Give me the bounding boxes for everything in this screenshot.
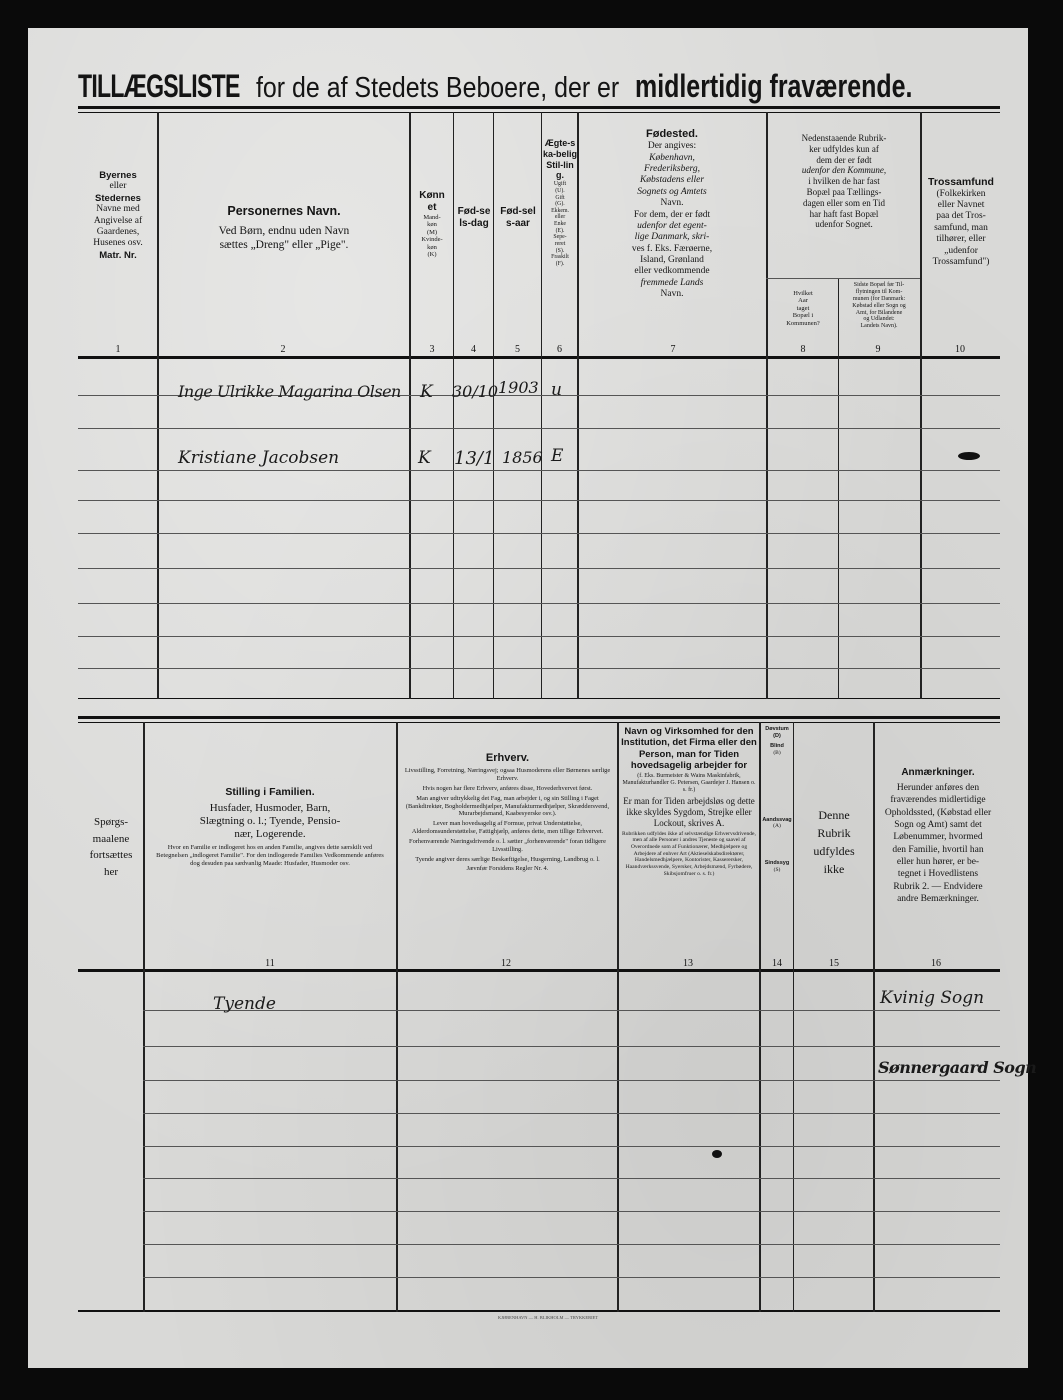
header-title: Kønnet — [417, 190, 447, 214]
header-line: Enke — [554, 221, 566, 227]
column-number: 10 — [940, 344, 980, 355]
entry-birth-day: 30/10 — [452, 382, 498, 401]
header-line: (F). — [556, 261, 565, 267]
title-end: midlertidig fraværende. — [635, 68, 912, 105]
col-divider — [396, 722, 398, 1312]
header-line: Kvinde- — [411, 236, 453, 243]
header-line: Stedernes — [80, 193, 156, 204]
header-line: Rubrikken udfyldes ikke af selvstændige … — [620, 831, 758, 878]
header-line: Herunder anføres den — [876, 782, 1000, 794]
row-line — [78, 500, 1000, 501]
header-line: udenfor den Kommune, — [768, 165, 920, 176]
col-divider — [493, 112, 494, 699]
row-line — [78, 668, 1000, 669]
row-line — [143, 1080, 1000, 1081]
header-line: nær, Logerende. — [146, 828, 394, 841]
header-line: Matr. Nr. — [80, 250, 156, 261]
header-line: taget — [768, 305, 838, 312]
header-line: Landets Navn). — [839, 323, 919, 330]
header-col-12: Erhverv. Livsstilling, Forretning, Nærin… — [400, 752, 615, 873]
printer-imprint: KJØBENHAVN — H. BLIKHOLM — TRYKKERIET — [458, 1315, 638, 1320]
header-line: Amt, for Bilandene — [839, 310, 919, 317]
header-line: Jævnfør Forsidens Regler Nr. 4. — [400, 865, 615, 873]
row-line — [78, 533, 1000, 534]
header-line: eller Navnet — [922, 200, 1000, 211]
bottom-table-top-rule — [78, 716, 1000, 719]
entry-birth-year: 1903 — [498, 378, 539, 397]
header-line: Mand- — [411, 214, 453, 221]
header-line: Købstad eller Sogn og — [839, 303, 919, 310]
col-divider — [541, 112, 542, 699]
header-col-9: Sidste Bopæl før Til- flytningen til Kom… — [839, 282, 919, 330]
header-title: Fødested. — [579, 128, 765, 141]
header-line: Er man for Tiden arbejdsløs og dette ikk… — [620, 796, 758, 828]
entry-sex: K — [420, 382, 433, 402]
row-line — [143, 1244, 1000, 1245]
header-title: Anmærkninger. — [876, 766, 1000, 779]
header-line: ker udfyldes kun af — [768, 144, 920, 155]
header-line: For dem, der er født — [579, 210, 765, 221]
column-number: 3 — [411, 344, 453, 355]
header-line: Rubrik — [795, 824, 873, 842]
col-divider — [617, 722, 619, 1312]
sub-header-divider — [766, 278, 920, 279]
header-line: Løbenummer, hvormed — [876, 831, 1000, 843]
header-line: eller vedkommende — [579, 266, 765, 277]
header-line: Denne — [795, 806, 873, 824]
header-line: Angivelse af — [80, 216, 156, 227]
entry-name: Inge Ulrikke Magarina Olsen — [178, 382, 401, 401]
header-col-1: Byernes eller Stedernes Navne med Angive… — [80, 170, 156, 261]
column-number: 7 — [648, 344, 698, 355]
header-col-14: Døvstum (D) Blind (B) Aandssvag (A) Sind… — [761, 726, 793, 874]
top-rule — [78, 106, 1000, 109]
header-line: Frederiksberg, — [579, 164, 765, 175]
header-title: Personernes Navn. — [159, 204, 409, 219]
column-number: 11 — [250, 958, 290, 969]
form-title: TILLÆGSLISTEfor de af Stedets Beboere, d… — [78, 68, 1048, 105]
col-divider — [453, 112, 454, 699]
header-line: Gaardenes, — [80, 227, 156, 238]
header-line: den Familie, hvortil han — [876, 844, 1000, 856]
header-col-10: Trossamfund (Folkekirken eller Navnet pa… — [922, 176, 1000, 268]
column-number: 16 — [916, 958, 956, 969]
entry-birth-year: 1856 — [502, 448, 543, 467]
row-line — [78, 428, 1000, 429]
entry-marital: u — [551, 380, 562, 400]
header-col-8: Hvilket Aar taget Bopæl i Kommunen? — [768, 290, 838, 327]
note-line: fortsættes — [80, 847, 142, 864]
row-line — [78, 568, 1000, 569]
ink-blot — [958, 452, 980, 460]
header-line: flytningen til Kom- — [839, 289, 919, 296]
header-line: Fraskilt — [551, 254, 569, 260]
header-title: Erhverv. — [400, 752, 615, 765]
column-number: 2 — [263, 344, 303, 355]
header-line: i hvilken de har fast — [768, 176, 920, 187]
header-title: Stilling i Familien. — [146, 786, 394, 799]
header-line: Der angives: — [579, 141, 765, 152]
header-line: (S) — [761, 867, 793, 874]
column-number: 13 — [668, 958, 708, 969]
row-line — [143, 1178, 1000, 1179]
header-line: Blind — [761, 743, 793, 750]
header-line: Nedenstaaende Rubrik- — [768, 133, 920, 144]
entry-family-position: Tyende — [213, 994, 276, 1014]
header-line: Aar — [768, 297, 838, 304]
continued-note: Spørgs- maalene fortsættes her — [80, 814, 142, 880]
header-line: Forhenværende Næringsdrivende o. l. sætt… — [400, 838, 615, 854]
header-line: Hvilket — [768, 290, 838, 297]
header-line: Rubrik 2. — Endvidere — [876, 881, 1000, 893]
header-line: Sogn og Amt) samt det — [876, 819, 1000, 831]
row-line — [143, 1046, 1000, 1047]
header-line: Island, Grønland — [579, 255, 765, 266]
header-line: Byernes — [80, 170, 156, 181]
header-line: eller — [80, 181, 156, 192]
header-line: Slægtning o. l.; Tyende, Pensio- — [146, 815, 394, 828]
header-line: (B) — [761, 750, 793, 757]
header-line: Husenes osv. — [80, 238, 156, 249]
col-divider — [873, 722, 875, 1312]
header-col-15: Denne Rubrik udfyldes ikke — [795, 806, 873, 878]
col-divider — [157, 112, 159, 699]
row-line — [143, 1146, 1000, 1147]
header-col-3: Kønnet Mand- køn (M) Kvinde- køn (K) — [411, 190, 453, 259]
header-col-11: Stilling i Familien. Husfader, Husmoder,… — [146, 786, 394, 868]
header-line: (G). — [555, 201, 565, 207]
note-line: her — [80, 864, 142, 881]
header-line: paa det Tros- — [922, 211, 1000, 222]
header-line: Døvstum (D) — [761, 726, 793, 740]
header-line: har haft fast Bopæl — [768, 209, 920, 220]
column-number: 12 — [486, 958, 526, 969]
header-line: Bopæl i — [768, 312, 838, 319]
header-line: udfyldes — [795, 842, 873, 860]
bottom-header-rule — [78, 969, 1000, 972]
title-middle: for de af Stedets Beboere, der er — [256, 72, 619, 105]
column-number: 14 — [761, 958, 793, 969]
header-line: eller hun hører, er be- — [876, 856, 1000, 868]
entry-birth-day: 13/1 — [454, 448, 494, 469]
note-line: Spørgs- — [80, 814, 142, 831]
header-line: udenfor Sognet. — [768, 219, 920, 230]
header-note: Hvor en Familie er indlogeret hos en and… — [156, 844, 384, 867]
header-line: Sognets og Amtets — [579, 187, 765, 198]
header-line: dem der er født — [768, 155, 920, 166]
header-line: reret — [555, 241, 566, 247]
header-line: køn — [411, 221, 453, 228]
header-line: udenfor det egent- — [579, 221, 765, 232]
header-line: Ugift — [554, 181, 566, 187]
header-line: Navne med — [80, 204, 156, 215]
row-line — [143, 1113, 1000, 1114]
header-line: (A) — [761, 823, 793, 830]
header-line: (M) — [411, 229, 453, 236]
header-line: (U). — [555, 188, 565, 194]
header-line: dagen eller som en Tid — [768, 198, 920, 209]
column-number: 15 — [814, 958, 854, 969]
header-line: Kommunen? — [768, 320, 838, 327]
header-line: (Folkekirken — [922, 189, 1000, 200]
header-line: Hvis nogen har flere Erhverv, anføres di… — [400, 785, 615, 793]
top-table-bottom — [78, 698, 1000, 699]
header-line: Navn. — [579, 289, 765, 300]
header-title: Trossamfund — [922, 176, 1000, 189]
header-line: København, — [579, 153, 765, 164]
column-number: 5 — [494, 344, 541, 355]
header-line: Sidste Bopæl før Til- — [839, 282, 919, 289]
entry-sex: K — [418, 448, 431, 468]
header-col-8-9: Nedenstaaende Rubrik- ker udfyldes kun a… — [768, 133, 920, 230]
header-line: ikke — [795, 860, 873, 878]
header-col-16: Anmærkninger. Herunder anføres den fravæ… — [876, 766, 1000, 905]
row-line — [78, 636, 1000, 637]
column-number: 4 — [454, 344, 493, 355]
column-number: 8 — [783, 344, 823, 355]
entry-remarks: Sønnergaard Sogn — [878, 1058, 1036, 1077]
bottom-table-top-thin — [78, 722, 1000, 723]
col-divider — [793, 722, 794, 1312]
row-line — [78, 603, 1000, 604]
note-line: maalene — [80, 831, 142, 848]
header-line: (f. Eks. Burmeister & Wains Maskinfabrik… — [620, 773, 758, 795]
row-line — [143, 1277, 1000, 1278]
column-number: 1 — [98, 344, 138, 355]
row-line — [78, 470, 1000, 471]
header-line: Købstadens eller — [579, 175, 765, 186]
header-line: Navn. — [579, 198, 765, 209]
col-divider — [143, 722, 145, 1312]
header-line: „udenfor — [922, 246, 1000, 257]
header-line: tilhører, eller — [922, 234, 1000, 245]
header-line: Bopæl paa Tællings- — [768, 187, 920, 198]
column-number: 6 — [542, 344, 577, 355]
header-line: fraværendes midlertidige — [876, 794, 1000, 806]
header-line: (K) — [411, 251, 453, 258]
header-line: Tyende angiver deres særlige Beskæftigel… — [400, 856, 615, 864]
header-title: Ægte-ska-belig Stil-ling. — [543, 138, 577, 181]
header-line: Lever man hovedsagelig af Formue, privat… — [400, 820, 615, 836]
header-line: lige Danmark, skri- — [579, 232, 765, 243]
header-line: samfund, man — [922, 223, 1000, 234]
header-line: ves f. Eks. Færøerne, — [579, 244, 765, 255]
header-col-13: Navn og Virksomhed for den Institution, … — [620, 726, 758, 877]
header-col-6: Ægte-ska-belig Stil-ling. Ugift (U). Gif… — [543, 138, 577, 268]
entry-name: Kristiane Jacobsen — [178, 448, 339, 468]
header-line: Gift — [555, 195, 564, 201]
ink-blot — [712, 1150, 722, 1158]
header-line: Husfader, Husmoder, Barn, — [146, 802, 394, 815]
header-line: fremmede Lands — [579, 278, 765, 289]
header-line: tegnet i Hovedlistens — [876, 868, 1000, 880]
census-form-page: TILLÆGSLISTEfor de af Stedets Beboere, d… — [28, 28, 1028, 1368]
header-bottom-rule — [78, 356, 1000, 359]
header-line: Trossamfund") — [922, 257, 1000, 268]
header-line: munen (for Danmark: — [839, 296, 919, 303]
bottom-table-bottom — [78, 1310, 1000, 1312]
header-line: andre Bemærkninger. — [876, 893, 1000, 905]
header-col-5: Fød-sels-aar — [498, 206, 538, 230]
column-number: 9 — [858, 344, 898, 355]
entry-remarks: Kvinig Sogn — [880, 988, 984, 1008]
row-line — [143, 1211, 1000, 1212]
header-line: eller — [555, 214, 565, 220]
header-line: (E). — [556, 228, 565, 234]
header-line: Ved Børn, endnu uden Navn — [159, 225, 409, 239]
header-col-2: Personernes Navn. Ved Børn, endnu uden N… — [159, 204, 409, 253]
header-line: Ekkem. — [551, 208, 569, 214]
header-line: Opholdssted, (Købstad eller — [876, 807, 1000, 819]
title-main: TILLÆGSLISTE — [78, 68, 240, 105]
header-line: Sepe- — [553, 234, 566, 240]
entry-marital: E — [551, 446, 563, 466]
header-line: (S). — [556, 248, 565, 254]
header-col-7: Fødested. Der angives: København, Freder… — [579, 128, 765, 301]
header-line: Livsstilling, Forretning, Næringsvej; og… — [400, 767, 615, 783]
header-line: køn — [411, 244, 453, 251]
header-title: Navn og Virksomhed for den Institution, … — [620, 726, 758, 772]
header-line: sættes „Dreng" eller „Pige". — [159, 239, 409, 253]
header-col-4: Fød-sels-dag — [457, 206, 491, 230]
header-line: Man angiver udtrykkelig det Fag, man arb… — [400, 795, 615, 818]
top-rule-thin — [78, 112, 1000, 113]
